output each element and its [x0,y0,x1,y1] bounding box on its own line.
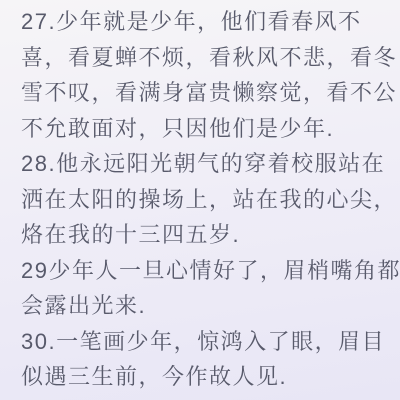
quote-30: 30.一笔画少年，惊鸿入了眼，眉目 似遇三生前，今作故人见. [21,324,396,395]
quote-line: 烙在我的十三四五岁. [21,217,396,253]
quote-line: 27.少年就是少年，他们看春风不 [21,4,396,40]
quotes-page: 27.少年就是少年，他们看春风不 喜，看夏蝉不烦，看秋风不悲，看冬 雪不叹，看满… [0,0,400,400]
quote-line: 似遇三生前，今作故人见. [21,359,396,395]
quote-line: 喜，看夏蝉不烦，看秋风不悲，看冬 [21,40,396,76]
quote-line: 29少年人一旦心情好了，眉梢嘴角都 [21,253,396,289]
quote-28: 28.他永远阳光朝气的穿着校服站在 洒在太阳的操场上，站在我的心尖， 烙在我的十… [21,146,396,253]
quote-29: 29少年人一旦心情好了，眉梢嘴角都 会露出光来. [21,253,396,324]
quote-line: 不允敢面对，只因他们是少年. [21,111,396,147]
quote-line: 28.他永远阳光朝气的穿着校服站在 [21,146,396,182]
quote-27: 27.少年就是少年，他们看春风不 喜，看夏蝉不烦，看秋风不悲，看冬 雪不叹，看满… [21,4,396,146]
quote-line: 雪不叹，看满身富贵懒察觉，看不公 [21,75,396,111]
quote-line: 洒在太阳的操场上，站在我的心尖， [21,182,396,218]
quote-line: 30.一笔画少年，惊鸿入了眼，眉目 [21,324,396,360]
quote-line: 会露出光来. [21,288,396,324]
